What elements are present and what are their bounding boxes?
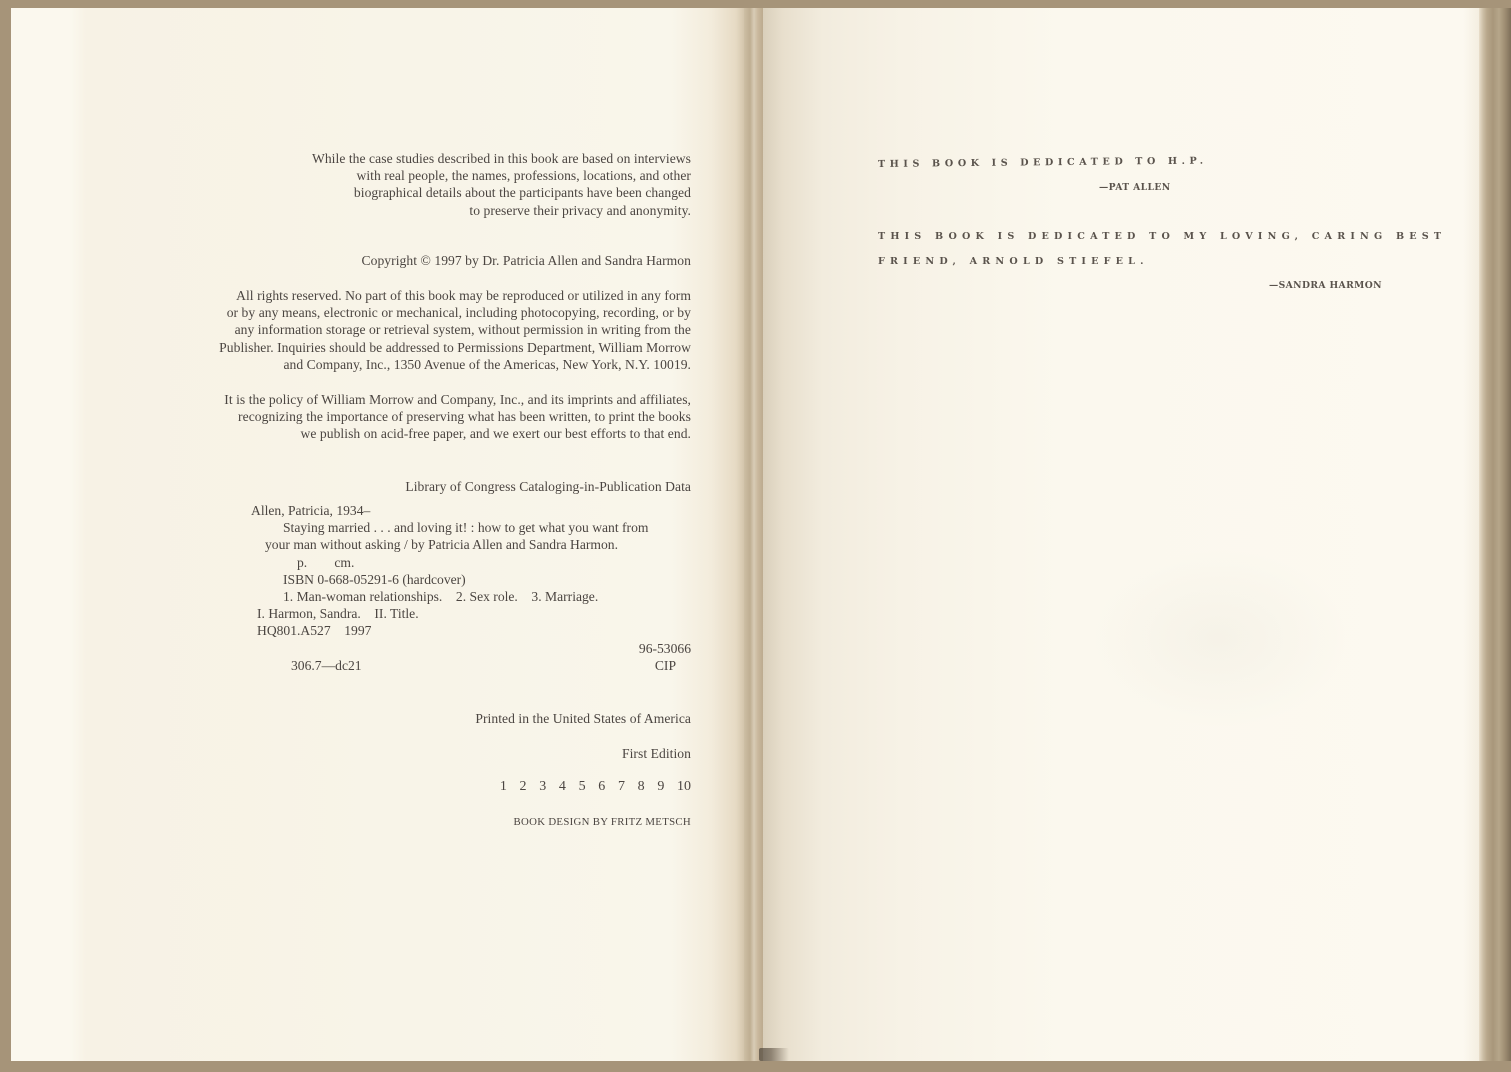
printed-in-text: Printed in the United States of America xyxy=(221,710,691,727)
book-design-credit: BOOK DESIGN BY FRITZ METSCH xyxy=(514,816,691,828)
disclaimer-line: to preserve their privacy and anonymity. xyxy=(221,202,691,219)
cip-isbn: ISBN 0-668-05291-6 (hardcover) xyxy=(251,571,691,588)
policy-line: It is the policy of William Morrow and C… xyxy=(151,391,691,408)
cip-lccn: 96-53066 xyxy=(639,640,691,657)
printer-key: 1 2 3 4 5 6 7 8 9 10 xyxy=(491,779,691,795)
cip-added-entries: I. Harmon, Sandra. II. Title. xyxy=(251,605,691,622)
dedication-page: THIS BOOK IS DEDICATED TO H.P. —PAT ALLE… xyxy=(763,8,1481,1061)
edition-text: First Edition xyxy=(221,745,691,762)
page-block-edges xyxy=(1479,8,1511,1061)
cip-title-line: Staying married . . . and loving it! : h… xyxy=(251,519,691,536)
printer-key-number: 3 xyxy=(539,779,546,794)
dedication-sandra-harmon-line: FRIEND, ARNOLD STIEFEL. xyxy=(878,256,1149,267)
rights-line: and Company, Inc., 1350 Avenue of the Am… xyxy=(151,356,691,373)
disclaimer-line: with real people, the names, professions… xyxy=(221,167,691,184)
cip-call-number: HQ801.A527 1997 xyxy=(251,622,691,639)
cip-title-line: your man without asking / by Patricia Al… xyxy=(251,536,691,553)
printed-in: Printed in the United States of America xyxy=(221,710,691,727)
copyright-notice: Copyright © 1997 by Dr. Patricia Allen a… xyxy=(221,252,691,269)
cip-pages: p. cm. xyxy=(251,554,691,571)
printer-key-number: 9 xyxy=(657,779,664,794)
cip-label: CIP xyxy=(655,657,676,674)
cip-label-row: CIP xyxy=(251,657,691,674)
disclaimer-paragraph: While the case studies described in this… xyxy=(221,150,691,219)
show-through-shadow xyxy=(1088,548,1348,728)
cip-header-text: Library of Congress Cataloging-in-Public… xyxy=(221,478,691,495)
cip-header: Library of Congress Cataloging-in-Public… xyxy=(221,478,691,495)
cip-author: Allen, Patricia, 1934– xyxy=(251,502,691,519)
rights-line: All rights reserved. No part of this boo… xyxy=(151,287,691,304)
policy-line: recognizing the importance of preserving… xyxy=(151,408,691,425)
printer-key-number: 2 xyxy=(520,779,527,794)
signature-sandra-harmon: —SANDRA HARMON xyxy=(1269,280,1382,291)
printer-key-number: 1 xyxy=(500,779,507,794)
rights-paragraph: All rights reserved. No part of this boo… xyxy=(151,287,691,373)
dedication-sandra-harmon-line: THIS BOOK IS DEDICATED TO MY LOVING, CAR… xyxy=(878,231,1446,242)
signature-pat-allen: —PAT ALLEN xyxy=(1099,182,1171,193)
cip-record: Allen, Patricia, 1934– Staying married .… xyxy=(251,502,691,674)
printer-key-number: 5 xyxy=(579,779,586,794)
policy-line: we publish on acid-free paper, and we ex… xyxy=(151,425,691,442)
spine-shadow xyxy=(759,1048,789,1061)
dedication-pat-allen: THIS BOOK IS DEDICATED TO H.P. xyxy=(878,156,1208,170)
printer-key-number: 10 xyxy=(677,779,691,794)
printer-key-number: 4 xyxy=(559,779,566,794)
paper-policy-paragraph: It is the policy of William Morrow and C… xyxy=(151,391,691,443)
copyright-line: Copyright © 1997 by Dr. Patricia Allen a… xyxy=(221,252,691,269)
copyright-page: While the case studies described in this… xyxy=(11,8,746,1061)
scan-background: While the case studies described in this… xyxy=(0,0,1511,1072)
printer-key-number: 7 xyxy=(618,779,625,794)
edition-statement: First Edition xyxy=(221,745,691,762)
cip-dewey-row: 306.7—dc21 96-53066 xyxy=(251,640,691,657)
disclaimer-line: biographical details about the participa… xyxy=(221,184,691,201)
book-gutter xyxy=(744,8,764,1061)
printer-key-number: 6 xyxy=(598,779,605,794)
rights-line: any information storage or retrieval sys… xyxy=(151,321,691,338)
rights-line: Publisher. Inquiries should be addressed… xyxy=(151,339,691,356)
disclaimer-line: While the case studies described in this… xyxy=(221,150,691,167)
rights-line: or by any means, electronic or mechanica… xyxy=(151,304,691,321)
cip-subjects: 1. Man-woman relationships. 2. Sex role.… xyxy=(251,588,691,605)
open-book: While the case studies described in this… xyxy=(11,8,1511,1061)
printer-key-number: 8 xyxy=(638,779,645,794)
